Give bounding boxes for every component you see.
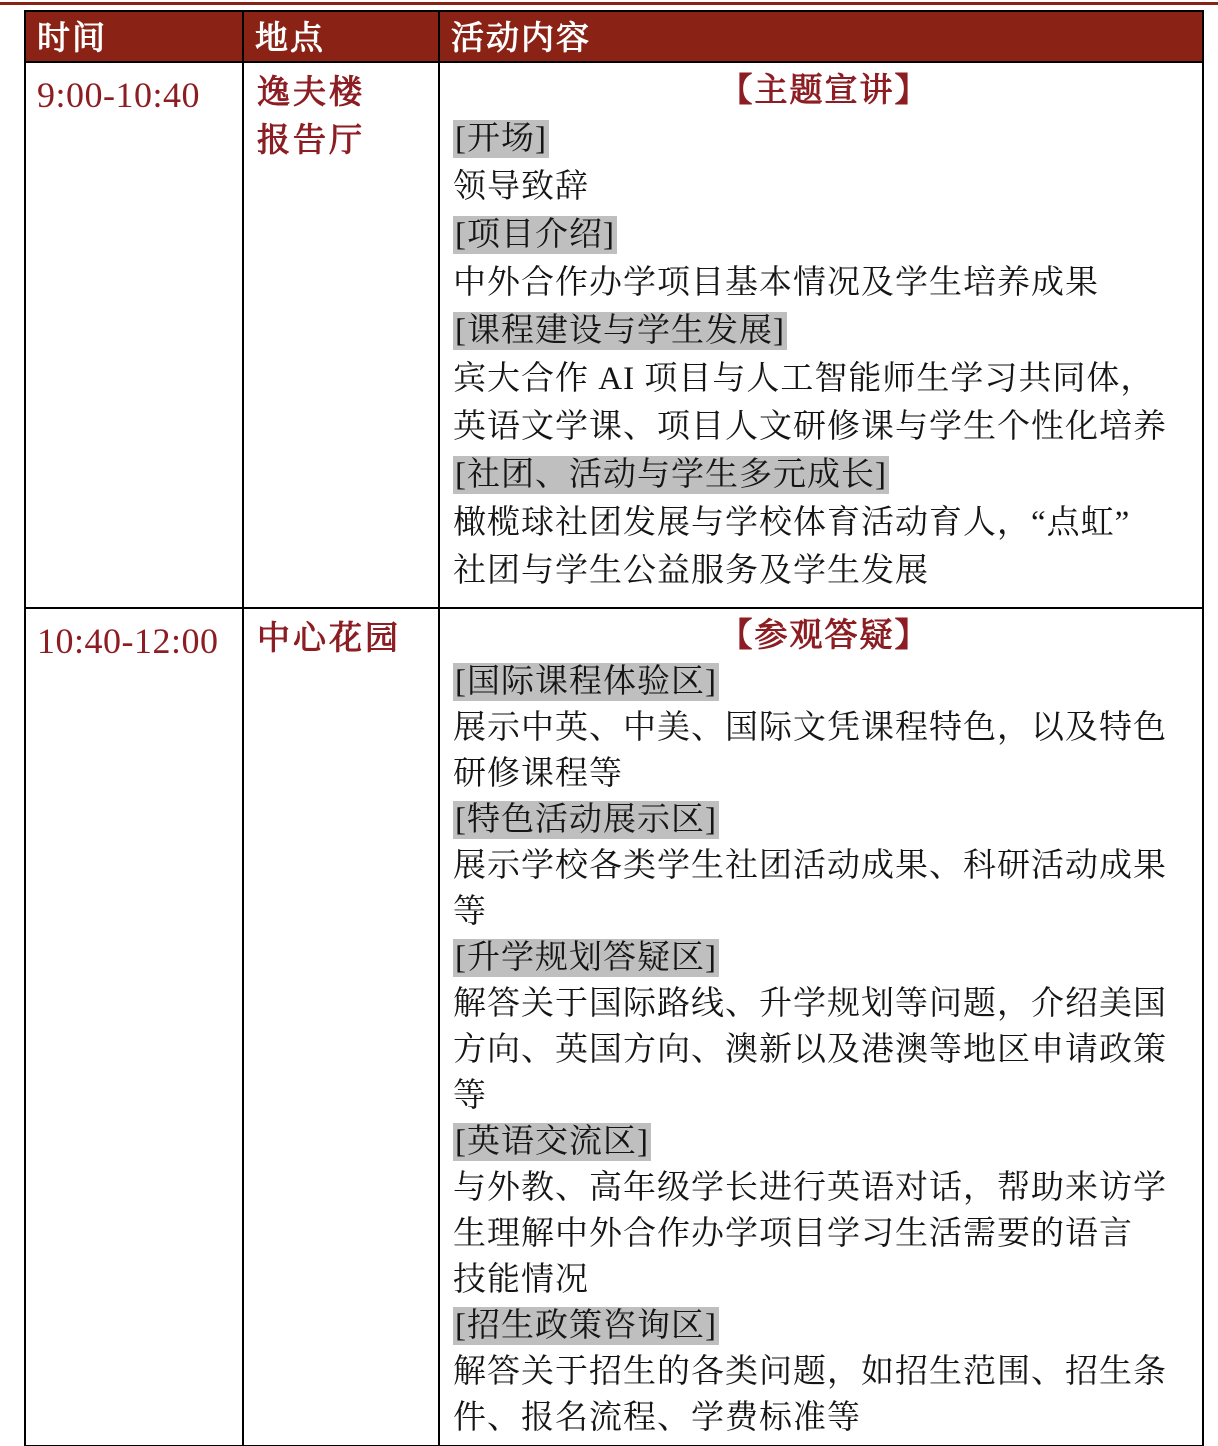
section-tag-line: [开场]	[453, 115, 1196, 163]
location-line: 报告厅	[257, 117, 438, 165]
highlighted-tag: [开场]	[453, 120, 549, 158]
location-line: 逸夫楼	[257, 69, 438, 117]
content-line: 解答关于国际路线、升学规划等问题，介绍美国	[453, 981, 1196, 1027]
section-tag-line: [升学规划答疑区]	[453, 935, 1196, 981]
highlighted-tag: [国际课程体验区]	[453, 663, 719, 701]
content-line: 等	[453, 889, 1196, 935]
content-line: 技能情况	[453, 1257, 1196, 1303]
section-tag-line: [项目介绍]	[453, 211, 1196, 259]
content-line: 研修课程等	[453, 751, 1196, 797]
content-line: 方向、英国方向、澳新以及港澳等地区申请政策	[453, 1027, 1196, 1073]
section-tag-line: [国际课程体验区]	[453, 659, 1196, 705]
header-row: 时间 地点 活动内容	[25, 11, 1203, 62]
location-cell: 中心花园	[243, 608, 439, 1446]
time-value: 10:40-12:00	[27, 610, 241, 662]
header-cell-location: 地点	[243, 11, 439, 62]
highlighted-tag: [社团、活动与学生多元成长]	[453, 456, 889, 494]
session-title: 【参观答疑】	[453, 613, 1196, 659]
content-line: 与外教、高年级学长进行英语对话，帮助来访学	[453, 1165, 1196, 1211]
time-cell: 10:40-12:00	[25, 608, 243, 1446]
header-cell-activity: 活动内容	[439, 11, 1203, 62]
location-cell: 逸夫楼 报告厅	[243, 62, 439, 608]
highlighted-tag: [项目介绍]	[453, 216, 617, 254]
content-line: 英语文学课、项目人文研修课与学生个性化培养	[453, 403, 1196, 451]
content-line: 中外合作办学项目基本情况及学生培养成果	[453, 259, 1196, 307]
header-cell-time: 时间	[25, 11, 243, 62]
highlighted-tag: [英语交流区]	[453, 1123, 651, 1161]
content-line: 件、报名流程、学费标准等	[453, 1395, 1196, 1441]
activity-cell: 【参观答疑】[国际课程体验区]展示中英、中美、国际文凭课程特色，以及特色研修课程…	[439, 608, 1203, 1446]
highlighted-tag: [升学规划答疑区]	[453, 939, 719, 977]
time-cell: 9:00-10:40	[25, 62, 243, 608]
section-tag-line: [课程建设与学生发展]	[453, 307, 1196, 355]
content-line: 宾大合作 AI 项目与人工智能师生学习共同体，	[453, 355, 1196, 403]
section-tag-line: [英语交流区]	[453, 1119, 1196, 1165]
content-line: 解答关于招生的各类问题，如招生范围、招生条	[453, 1349, 1196, 1395]
section-tag-line: [招生政策咨询区]	[453, 1303, 1196, 1349]
highlighted-tag: [课程建设与学生发展]	[453, 312, 787, 350]
session-title: 【主题宣讲】	[453, 67, 1196, 115]
highlighted-tag: [招生政策咨询区]	[453, 1307, 719, 1345]
location-line: 中心花园	[257, 615, 438, 663]
highlighted-tag: [特色活动展示区]	[453, 801, 719, 839]
content-line: 生理解中外合作办学项目学习生活需要的语言	[453, 1211, 1196, 1257]
activity-cell: 【主题宣讲】[开场]领导致辞[项目介绍]中外合作办学项目基本情况及学生培养成果[…	[439, 62, 1203, 608]
document-page: 时间 地点 活动内容 9:00-10:40 逸夫楼 报告厅 【主题宣讲】[开场]…	[0, 0, 1218, 1446]
content-line: 展示中英、中美、国际文凭课程特色，以及特色	[453, 705, 1196, 751]
table-row: 10:40-12:00 中心花园 【参观答疑】[国际课程体验区]展示中英、中美、…	[25, 608, 1203, 1446]
content-line: 领导致辞	[453, 163, 1196, 211]
schedule-table: 时间 地点 活动内容 9:00-10:40 逸夫楼 报告厅 【主题宣讲】[开场]…	[24, 10, 1204, 1446]
time-value: 9:00-10:40	[27, 64, 241, 116]
table-row: 9:00-10:40 逸夫楼 报告厅 【主题宣讲】[开场]领导致辞[项目介绍]中…	[25, 62, 1203, 608]
top-divider-rule	[0, 2, 1218, 5]
content-line: 展示学校各类学生社团活动成果、科研活动成果	[453, 843, 1196, 889]
section-tag-line: [特色活动展示区]	[453, 797, 1196, 843]
section-tag-line: [社团、活动与学生多元成长]	[453, 451, 1196, 499]
content-line: 橄榄球社团发展与学校体育活动育人，“点虹”	[453, 499, 1196, 547]
content-line: 社团与学生公益服务及学生发展	[453, 547, 1196, 595]
content-line: 等	[453, 1073, 1196, 1119]
